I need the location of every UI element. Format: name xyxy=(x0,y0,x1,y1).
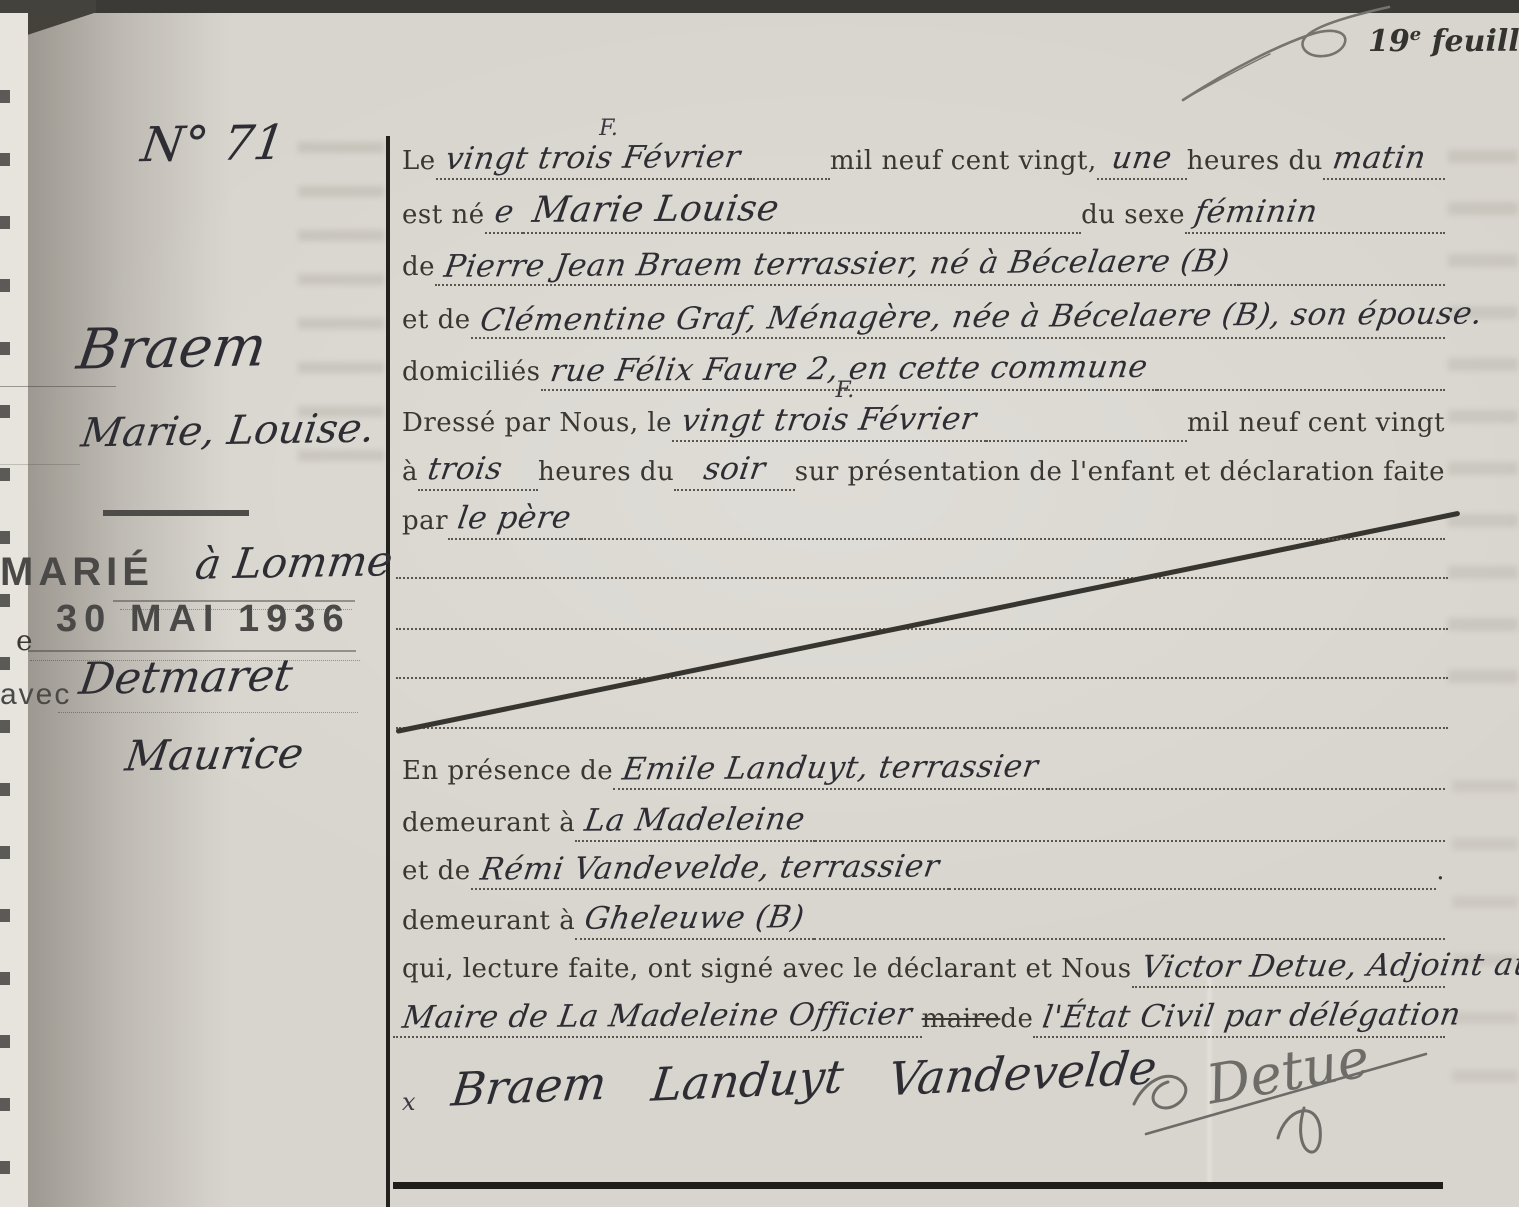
handwritten-letter: e xyxy=(485,194,524,234)
handwritten-date: vingt trois FévrierF. xyxy=(672,402,986,442)
printed-text: par xyxy=(402,506,448,540)
bleedthrough-right-lower xyxy=(1452,780,1518,1110)
act-line-10: demeurant à La Madeleine xyxy=(402,792,1445,842)
dotted-leader xyxy=(581,536,1445,540)
printed-text: mil neuf cent vingt, xyxy=(830,146,1097,180)
marriage-date-stamp: 30 MAI 1936 xyxy=(56,598,351,641)
act-number: N° 71 xyxy=(138,115,289,173)
handwritten-date: vingt trois FévrierF. xyxy=(436,140,750,180)
handwritten-hour: une xyxy=(1097,140,1187,180)
printed-text: du sexe xyxy=(1081,200,1185,234)
blank-dotted-line xyxy=(396,677,1448,679)
act-line-3: de Pierre Jean Braem terrassier, né à Bé… xyxy=(402,238,1445,286)
handwritten-declarant: le père xyxy=(448,500,581,540)
margin-note-bar xyxy=(103,510,249,516)
blank-dotted-line xyxy=(396,727,1448,729)
marriage-place: à Lomme xyxy=(192,536,395,588)
act-line-2: est né e Marie Louise du sexe féminin xyxy=(402,186,1445,234)
act-line-8: par le père xyxy=(402,492,1445,540)
signature-cross-mark: x xyxy=(402,1088,416,1116)
printed-text: sur présentation de l'enfant et déclarat… xyxy=(795,457,1445,491)
handwritten-mother: Clémentine Graf, Ménagère, née à Bécelae… xyxy=(471,299,1445,339)
handwritten-ampm: matin xyxy=(1323,140,1445,180)
handwritten-father: Pierre Jean Braem terrassier, né à Bécel… xyxy=(435,246,1239,286)
act-line-5: domiciliés rue Félix Faure 2, en cette c… xyxy=(402,341,1445,391)
correction-note: F. xyxy=(835,378,854,403)
married-stamp: MARIÉ xyxy=(0,550,154,595)
printed-text: qui, lecture faite, ont signé avec le dé… xyxy=(402,954,1132,988)
signature-landuyt: Landuyt xyxy=(649,1049,847,1112)
act-line-1: Le vingt trois FévrierF. mil neuf cent v… xyxy=(402,132,1445,180)
correction-note: F. xyxy=(599,116,618,141)
handwritten-ampm: soir xyxy=(674,451,795,491)
act-line-11: et de Rémi Vandevelde, terrassier . xyxy=(402,842,1445,890)
margin-rule xyxy=(0,386,116,387)
printed-text: demeurant à xyxy=(402,906,575,940)
handwritten-residence-1: La Madeleine xyxy=(575,802,815,842)
handwritten-sex: féminin xyxy=(1185,194,1445,234)
printed-text: heures du xyxy=(538,457,674,491)
handwritten-witness-1: Emile Landuyt, terrassier xyxy=(613,750,1048,790)
svg-text:Detue: Detue xyxy=(1201,1026,1374,1117)
printed-text: de xyxy=(1000,1004,1033,1038)
handwritten-witness-2: Rémi Vandevelde, terrassier xyxy=(471,850,949,890)
handwritten-residence-2: Gheleuwe (B) xyxy=(575,900,814,940)
spouse-given: Maurice xyxy=(122,728,306,780)
bleedthrough-right xyxy=(1448,150,1518,710)
printed-text: domiciliés xyxy=(402,357,541,391)
handwritten-official-name: Victor Detue, Adjoint au xyxy=(1132,948,1445,988)
dotted-leader xyxy=(1048,786,1445,790)
dotted-leader xyxy=(986,438,1187,442)
printed-text: et de xyxy=(402,305,471,339)
spouse-underline xyxy=(58,712,358,713)
dotted-leader xyxy=(789,230,1081,234)
blank-dotted-line xyxy=(396,628,1448,630)
handwritten-official-title: Maire de La Madeleine Officier xyxy=(393,998,922,1038)
printed-text: Dressé par Nous, le xyxy=(402,408,672,442)
act-line-6: Dressé par Nous, le vingt trois FévrierF… xyxy=(402,394,1445,442)
margin-surname: Braem xyxy=(73,314,270,382)
void-diagonal-stroke xyxy=(395,511,1460,734)
printed-text: heures du xyxy=(1187,146,1323,180)
signature-braem: Braem xyxy=(449,1056,610,1117)
printed-text: . xyxy=(1436,856,1445,890)
act-line-9: En présence de Emile Landuyt, terrassier xyxy=(402,740,1445,790)
pen-flourish-icon xyxy=(1175,4,1405,109)
act-line-13: qui, lecture faite, ont signé avec le dé… xyxy=(402,940,1445,988)
binding-ticks xyxy=(0,40,10,1190)
birth-act-scan: 19e feuillet N° 71 Braem Marie, Louise. … xyxy=(0,0,1519,1207)
dotted-leader xyxy=(750,176,830,180)
margin-rule xyxy=(0,464,80,465)
act-line-4: et de Clémentine Graf, Ménagère, née à B… xyxy=(402,289,1445,339)
act-line-7: à trois heures du soir sur présentation … xyxy=(402,443,1445,491)
printed-text: de xyxy=(402,252,435,286)
blank-dotted-line xyxy=(396,577,1448,579)
form-vertical-rule xyxy=(386,136,390,1207)
le-remnant: e xyxy=(16,624,33,661)
witness-signatures: Braem Landuyt Vandevelde xyxy=(451,1043,1157,1115)
printed-text: demeurant à xyxy=(402,808,575,842)
spouse-surname: Detmaret xyxy=(76,650,295,705)
avec-label: avec xyxy=(0,678,71,712)
printed-text: mil neuf cent vingt xyxy=(1187,408,1445,442)
official-signature: Detue xyxy=(1128,1012,1448,1182)
margin-given-names: Marie, Louise. xyxy=(78,405,377,456)
dotted-leader xyxy=(1239,282,1445,286)
handwritten-child-name: Marie Louise xyxy=(523,189,789,234)
act-line-12: demeurant à Gheleuwe (B) xyxy=(402,890,1445,940)
signature-vandevelde: Vandevelde xyxy=(886,1040,1160,1106)
dotted-leader xyxy=(1157,387,1445,391)
printed-text: et de xyxy=(402,856,471,890)
printed-text: En présence de xyxy=(402,756,613,790)
struck-printed-word: maire xyxy=(922,1004,1001,1038)
printed-text: est né xyxy=(402,200,485,234)
form-bottom-rule xyxy=(393,1182,1443,1189)
handwritten-hour: trois xyxy=(418,451,538,491)
printed-text: Le xyxy=(402,146,436,180)
